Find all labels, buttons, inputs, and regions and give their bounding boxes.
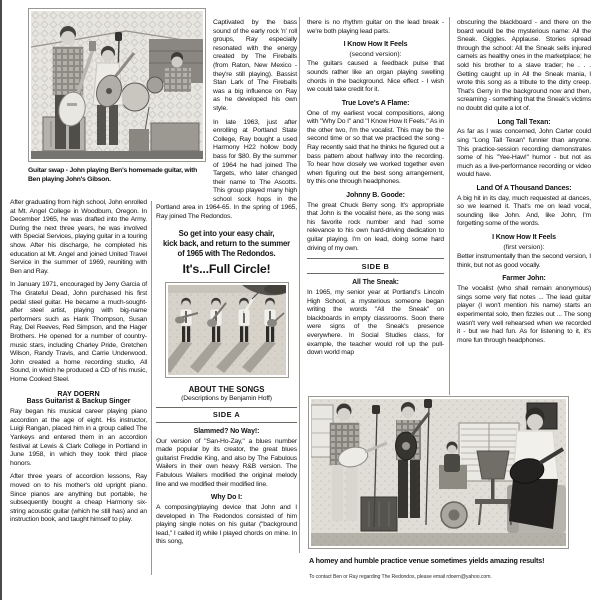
song-text-ikhif-second: The guitars caused a feedback pulse that… (307, 60, 444, 94)
pull-quote: So get into your easy chair, kick back, … (156, 229, 297, 276)
john-bio-paragraph-2: In January 1971, encouraged by Jerry Gar… (10, 281, 147, 384)
john-bio-paragraph-1: After graduating from high school, John … (10, 199, 147, 276)
song-title-why-do-i: Why Do I: (156, 494, 297, 503)
side-a-heading: SIDE A (156, 407, 297, 423)
pull-quote-line-2: kick back, and return to the summer (156, 239, 297, 249)
song-title-true-love: True Love's A Flame: (307, 100, 444, 109)
column-side-a-songs: there is no rhythm guitar on the lead br… (307, 19, 444, 363)
column-divider-2 (299, 17, 300, 553)
song-text-ikhif-first: Better instrumentally than the second ve… (457, 253, 591, 270)
song-text-true-love: One of my earliest vocal compositions, a… (307, 110, 444, 187)
song-text-slammed: Our version of "San-Ho-Zay," a blues num… (156, 438, 297, 490)
photo-wrap-spacer (156, 19, 213, 198)
ray-bio-paragraph-2: After three years of accordion lessons, … (10, 473, 147, 525)
song-text-farmer-john: The vocalist (who shall remain anonymous… (457, 285, 591, 345)
song-title-all-the-sneak: All The Sneak: (307, 279, 444, 288)
song-text-johnny-b-goode: The great Chuck Berry song. It's appropr… (307, 202, 444, 254)
song-title-long-tall-texan: Long Tall Texan: (457, 119, 591, 128)
song-title-johnny-b-goode: Johnny B. Goode: (307, 192, 444, 201)
song-text-all-the-sneak: In 1965, my senior year at Portland's Li… (307, 289, 444, 358)
all-the-sneak-continuation: obscuring the blackboard - and there on … (457, 19, 591, 114)
column-divider-1 (151, 201, 152, 575)
column-ray-story: Captivated by the bass sound of the earl… (156, 19, 297, 552)
pull-quote-line-1: So get into your easy chair, (156, 229, 297, 239)
ray-doern-heading: RAY DOERN (10, 389, 147, 398)
column-divider-3 (449, 17, 450, 395)
contact-email-line: To contact Ben or Ray regarding The Redo… (309, 574, 594, 580)
side-b-heading: SIDE B (307, 258, 444, 274)
liner-notes-page: Guitar swap - John playing Ben's homemad… (0, 0, 600, 600)
ray-bio-paragraph-1: Ray began his musical career playing pia… (10, 408, 147, 468)
column-john-bio: After graduating from high school, John … (10, 199, 147, 530)
song-text-long-tall-texan: As far as I was concerned, John Carter c… (457, 128, 591, 180)
song-title-ikhif-first: I Know How It Feels (457, 234, 591, 243)
song-title-slammed: Slammed? No Way!: (156, 428, 297, 437)
song-sub-ikhif-second: (second version): (307, 51, 444, 59)
about-the-songs-heading: ABOUT THE SONGS (156, 385, 297, 394)
full-circle-tagline: It's...Full Circle! (156, 262, 297, 276)
ray-doern-role: Bass Guitarist & Backup Singer (10, 398, 147, 407)
beach-band-photo (165, 282, 289, 378)
pull-quote-line-3: of 1965 with The Redondos. (156, 249, 297, 259)
song-sub-ikhif-first: (first version): (457, 244, 591, 252)
practice-venue-caption: A homey and humble practice venue someti… (309, 556, 594, 565)
practice-venue-photo (308, 396, 569, 549)
practice-venue-photo-image (311, 399, 566, 546)
about-the-songs-subheading: (Descriptions by Benjamin Hoff) (156, 395, 297, 402)
song-text-thousand-dances: A big hit in its day, much requested at … (457, 195, 591, 229)
song-title-thousand-dances: Land Of A Thousand Dances: (457, 185, 591, 194)
column-side-b-songs: obscuring the blackboard - and there on … (457, 19, 591, 350)
song-title-ikhif-second: I Know How It Feels (307, 41, 444, 50)
scan-edge (0, 0, 2, 600)
beach-band-photo-image (168, 285, 286, 375)
why-do-i-continuation: there is no rhythm guitar on the lead br… (307, 19, 444, 36)
song-title-farmer-john: Farmer John: (457, 275, 591, 284)
song-text-why-do-i: A composing/playing device that John and… (156, 504, 297, 547)
